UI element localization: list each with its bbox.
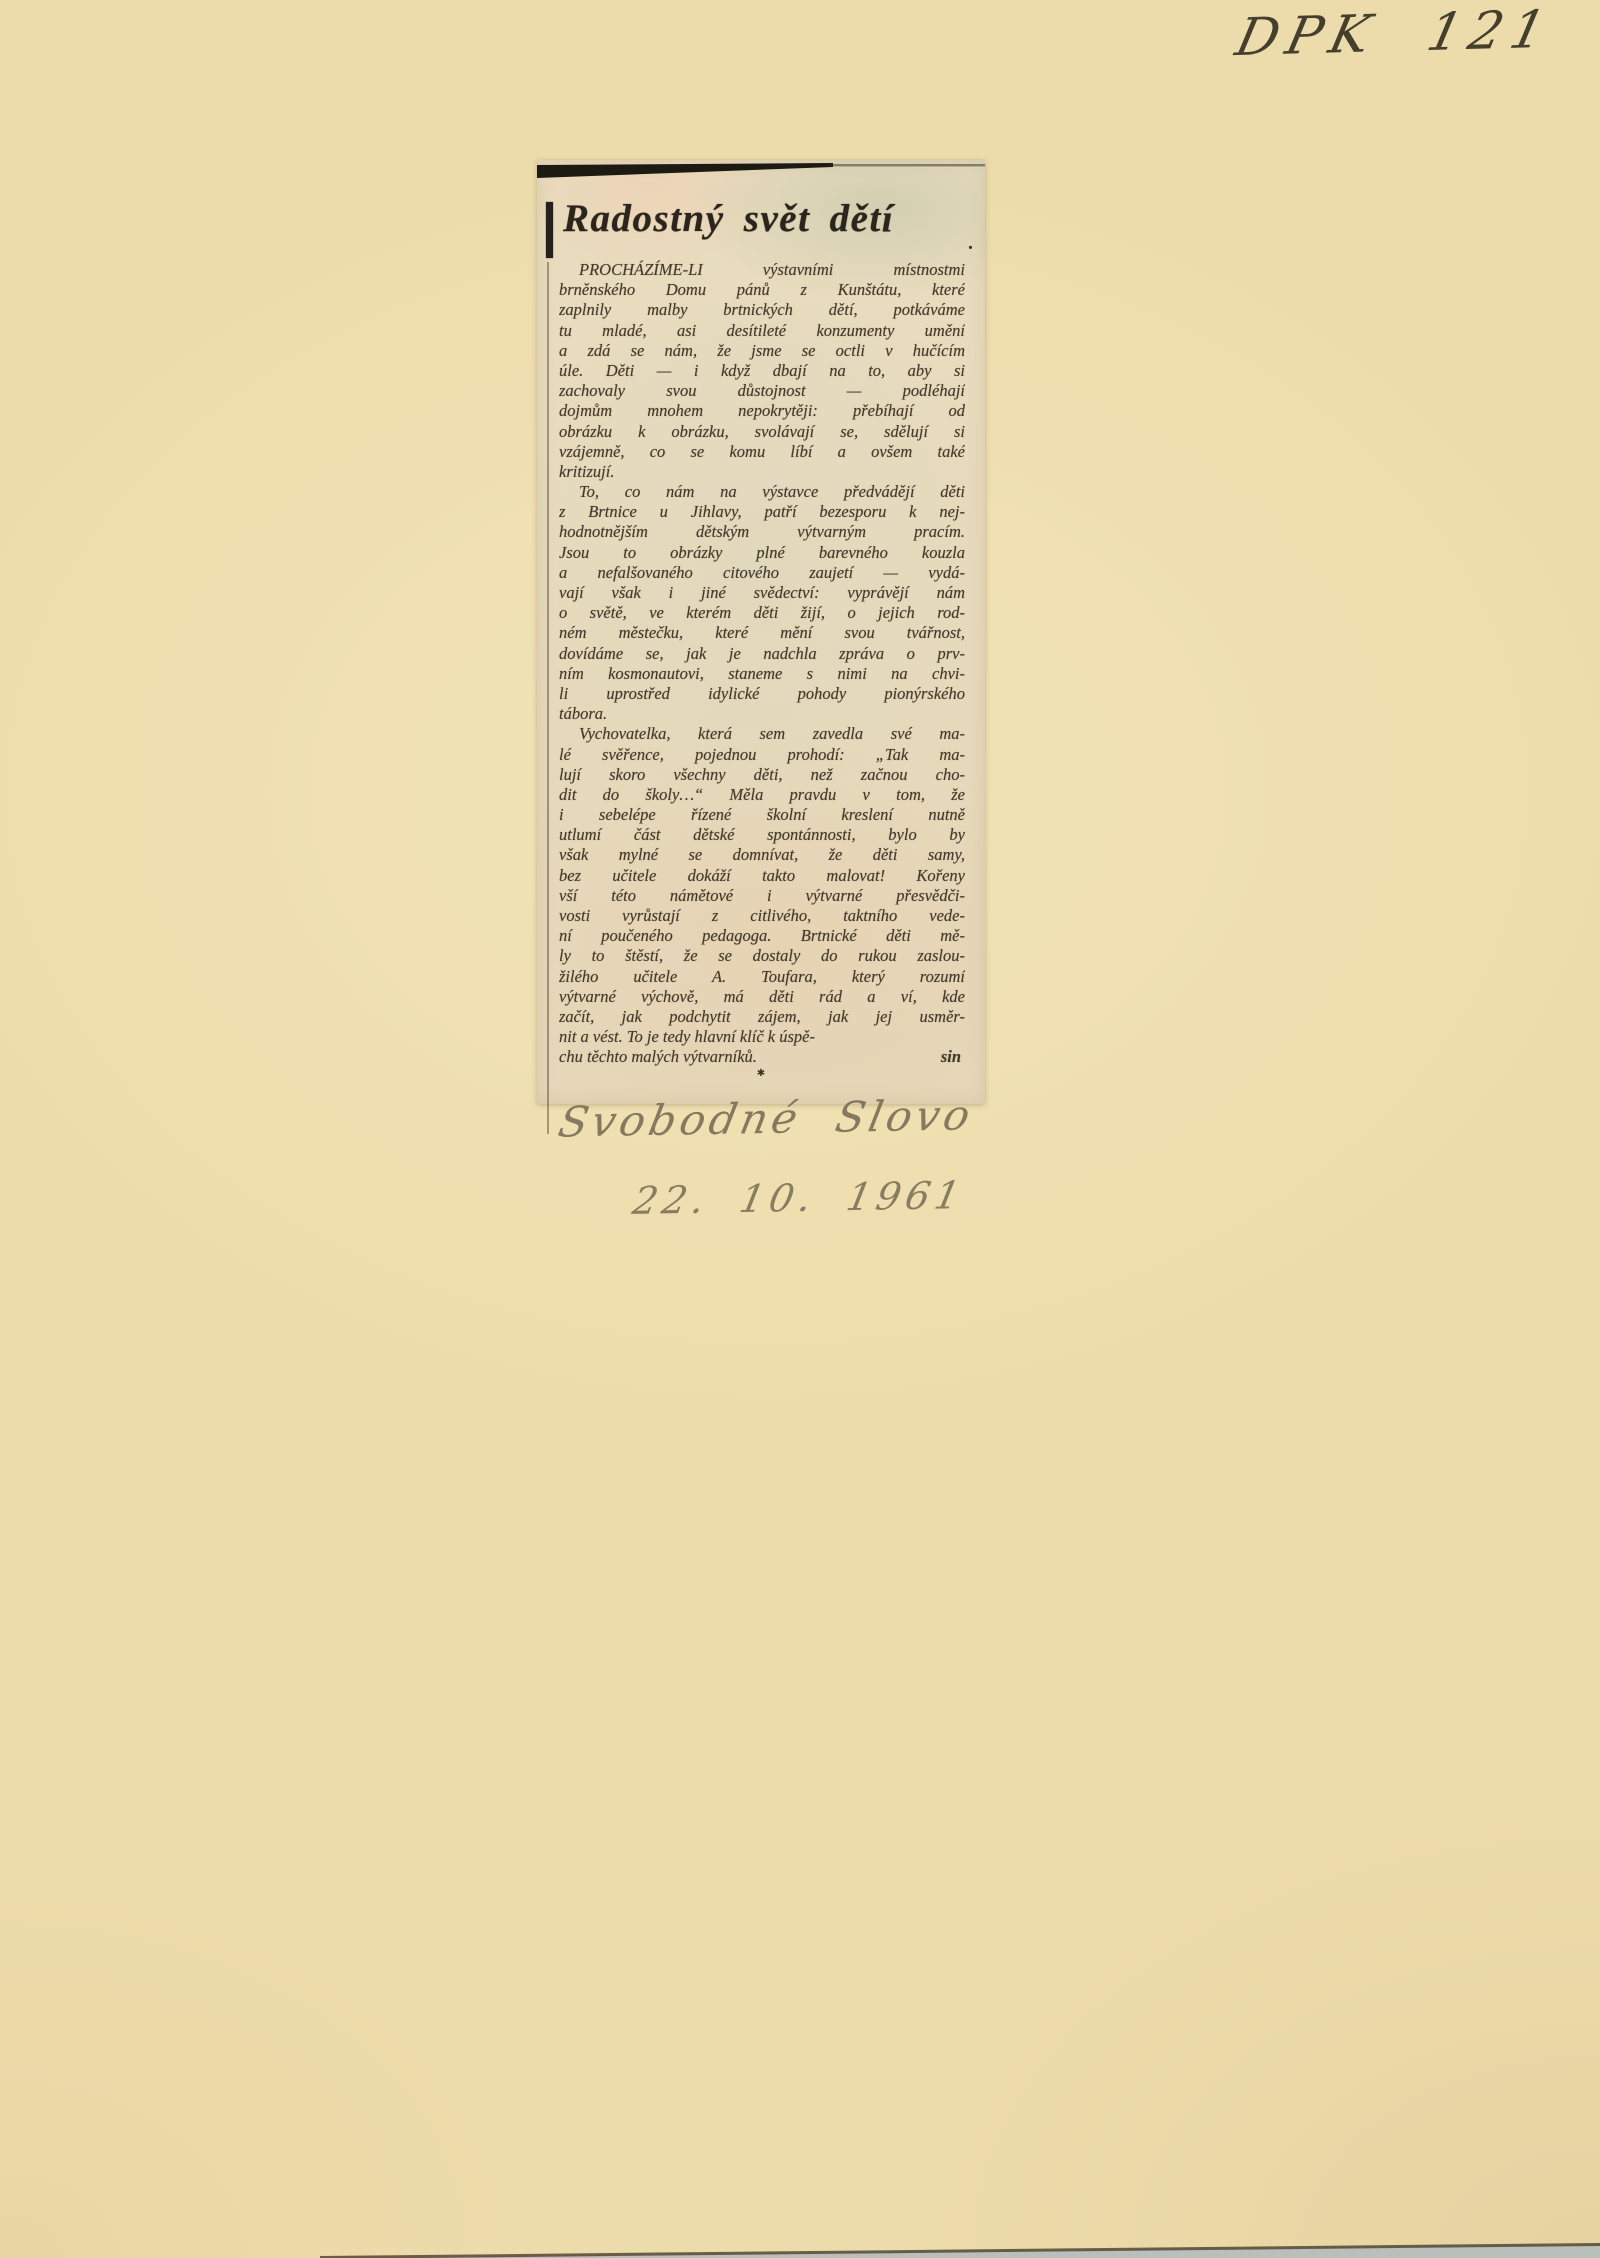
article-line: z Brtnice u Jihlavy, patří bezesporu k n… [559, 502, 965, 522]
article-line: a nefalšovaného citového zaujetí — vydá- [559, 563, 965, 583]
article-paragraph: PROCHÁZÍME-LI výstavními místnostmibrněn… [559, 260, 965, 482]
article-line: lé svěřence, pojednou prohodí: „Tak ma- [559, 745, 965, 765]
article-line: zachovaly svou důstojnost — podléhají [559, 381, 965, 401]
article-line: o světě, ve kterém děti žijí, o jejich r… [559, 603, 965, 623]
article-line: a zdá se nám, že jsme se octli v hučícím [559, 341, 965, 361]
page-bottom-edge [0, 2240, 1600, 2258]
article-line: však mylné se domnívat, že děti samy, [559, 845, 965, 865]
article-byline: sin [941, 1047, 965, 1067]
article-final-line: chu těchto malých výtvarníků. sin [559, 1047, 965, 1067]
article-line: lují skoro všechny děti, než začnou cho- [559, 765, 965, 785]
archive-code-annotation: DPK 121 [1230, 0, 1559, 68]
article-line: ném městečku, které mění svou tvářnost, [559, 623, 965, 643]
article-line: brněnského Domu pánů z Kunštátu, které [559, 280, 965, 300]
article-line: PROCHÁZÍME-LI výstavními místnostmi [559, 260, 965, 280]
article-line: ním kosmonautovi, staneme s nimi na chvi… [559, 664, 965, 684]
article-line: tu mladé, asi desítileté konzumenty uměn… [559, 321, 965, 341]
article-paragraph: To, co nám na výstavce předvádějí dětiz … [559, 482, 965, 724]
article-line: vzájemně, co se komu líbí a ovšem také [559, 442, 965, 462]
article-title: Radostný svět dětí [563, 196, 894, 241]
article-line: nit a vést. To je tedy hlavní klíč k úsp… [559, 1027, 965, 1047]
end-mark: ✱ [537, 1068, 985, 1079]
article-line: bez učitele dokáží takto malovat! Kořeny [559, 866, 965, 886]
article-line: vší této námětové i výtvarné přesvědči- [559, 886, 965, 906]
article-line: začít, jak podchytit zájem, jak jej usmě… [559, 1007, 965, 1027]
article-line: kritizují. [559, 462, 965, 482]
article-line: dovídáme se, jak je nadchla zpráva o prv… [559, 644, 965, 664]
article-final-text: chu těchto malých výtvarníků. [559, 1047, 757, 1067]
article-line: vají však i jiné svědectví: vyprávějí ná… [559, 583, 965, 603]
article-line: utlumí část dětské spontánnosti, bylo by [559, 825, 965, 845]
article-line: tábora. [559, 704, 965, 724]
article-line: li uprostřed idylické pohody pionýrského [559, 684, 965, 704]
article-line: i sebelépe řízené školní kreslení nutně [559, 805, 965, 825]
article-line: úle. Děti — i když dbají na to, aby si [559, 361, 965, 381]
article-paragraph: Vychovatelka, která sem zavedla své ma-l… [559, 724, 965, 1047]
title-stray-dot: . [968, 232, 973, 255]
article-line: To, co nám na výstavce předvádějí děti [559, 482, 965, 502]
article-body: PROCHÁZÍME-LI výstavními místnostmibrněn… [559, 260, 965, 1068]
article-line: Vychovatelka, která sem zavedla své ma- [559, 724, 965, 744]
source-note-annotation: Svobodné Slovo [554, 1090, 978, 1146]
article-line: obrázku k obrázku, svolávají se, sdělují… [559, 422, 965, 442]
article-line: dit do školy…“ Měla pravdu v tom, že [559, 785, 965, 805]
article-line: ní poučeného pedagoga. Brtnické děti mě- [559, 926, 965, 946]
article-line: zaplnily malby brtnických dětí, potkávám… [559, 300, 965, 320]
article-line: výtvarné výchově, má děti rád a ví, kde [559, 987, 965, 1007]
article-line: Jsou to obrázky plné barevného kouzla [559, 543, 965, 563]
article-line: dojmům mnohem nepokrytěji: přebíhají od [559, 401, 965, 421]
title-left-rule [546, 202, 553, 258]
clipping-top-rule [537, 163, 985, 179]
date-note-annotation: 22. 10. 1961 [629, 1173, 968, 1223]
article-line: ly to štěstí, že se dostaly do rukou zas… [559, 946, 965, 966]
article-line: vosti vyrůstají z citlivého, taktního ve… [559, 906, 965, 926]
column-rule [547, 262, 549, 1134]
article-line: hodnotnějším dětským výtvarným pracím. [559, 522, 965, 542]
newspaper-clipping: Radostný svět dětí . PROCHÁZÍME-LI výsta… [537, 160, 985, 1104]
album-page: DPK 121 Radostný svět dětí . PROCHÁZÍME-… [0, 0, 1600, 2258]
article-line: žilého učitele A. Toufara, který rozumí [559, 967, 965, 987]
